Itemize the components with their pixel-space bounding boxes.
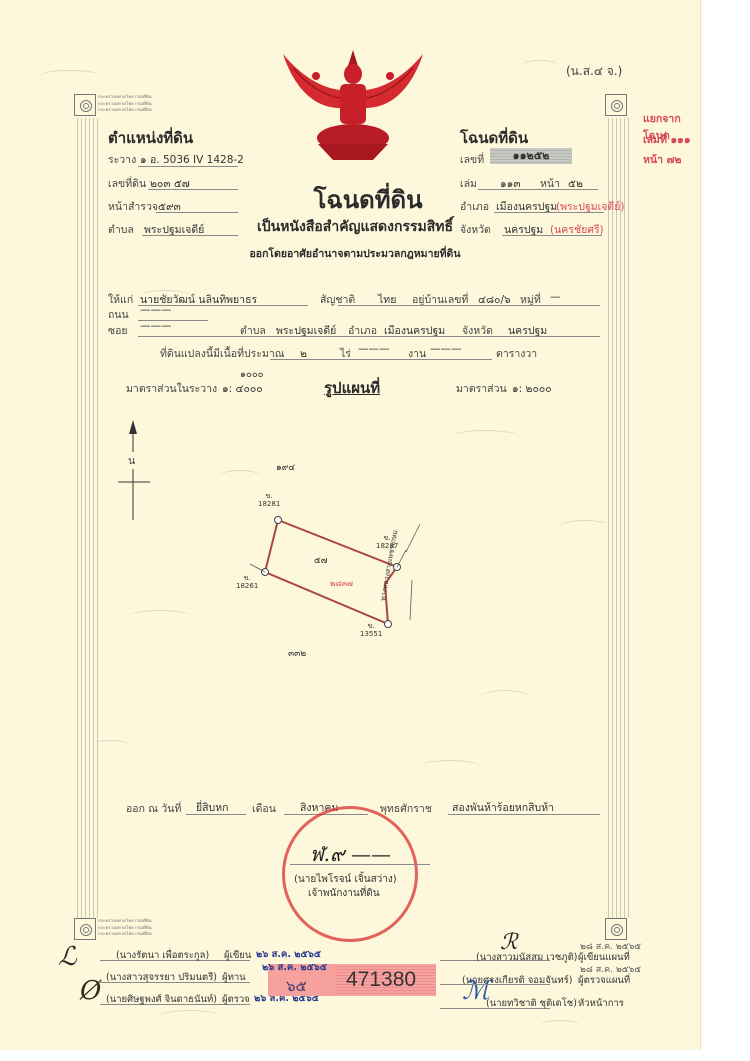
signatory-map-writer-date: ๒๘ ส.ค. ๒๕๖๕ bbox=[580, 939, 641, 953]
serial-number: 471380 bbox=[346, 968, 416, 992]
split-page: หน้า ๗๒ bbox=[643, 151, 681, 168]
corner-ornament-icon bbox=[605, 94, 627, 116]
volume-label: เล่ม bbox=[460, 175, 477, 192]
writer-signature: ℒ bbox=[58, 942, 77, 972]
north-label: น bbox=[128, 452, 135, 469]
signatory-reviewer-date: ๒๖ ส.ค. ๒๕๖๕ bbox=[262, 960, 327, 975]
subdistrict-label: ตำบล bbox=[108, 221, 134, 238]
parcel-no-label: เลขที่ดิน bbox=[108, 175, 146, 192]
checker-signature: Ø bbox=[80, 976, 101, 1006]
parcel-label: ๕๗ bbox=[314, 553, 328, 567]
split-volume: เล่มที่ ๑๑๑ bbox=[643, 131, 691, 148]
land-title-deed: (น.ส.๔ จ.) กระทรวงมหาดไทย กรมที่ดินกระทร… bbox=[0, 0, 700, 1050]
issue-date-label: ออก ณ วันที่ bbox=[126, 800, 181, 817]
corner-ornament-icon bbox=[74, 918, 96, 940]
soi-value: ——— bbox=[140, 320, 172, 332]
issue-month-label: เดือน bbox=[252, 800, 276, 817]
serial-handwritten: ๖๕ bbox=[286, 974, 307, 998]
location-heading: ตำแหน่งที่ดิน bbox=[108, 126, 193, 150]
signatory-head-role: หัวหน้าการ bbox=[578, 996, 624, 1011]
signatory-reviewer-name: (นางสาวสุจรรยา ปริมนตรี) bbox=[106, 970, 217, 985]
signatory-map-checker-date: ๒๘ ส.ค. ๒๕๖๕ bbox=[580, 962, 641, 976]
parcel-sub-label: ๒๘๓๗ bbox=[330, 577, 353, 590]
signatory-writer-role: ผู้เขียน bbox=[224, 948, 251, 963]
security-border-left bbox=[74, 118, 98, 918]
area-label: ที่ดินแปลงนี้มีเนื้อที่ประมาณ bbox=[160, 345, 285, 362]
signatory-writer-name: (นางรัตนา เพื่อตระกูล) bbox=[116, 948, 209, 963]
officer-signature: ฬ.๙ —— bbox=[310, 838, 391, 870]
neighbor-south: ๓๓๒ bbox=[288, 646, 306, 660]
parcel-plan bbox=[230, 500, 430, 640]
form-code: (น.ส.๔ จ.) bbox=[566, 62, 622, 81]
road-label: ถนน bbox=[108, 306, 129, 323]
deed-number-value: ๑๑๒๕๒ bbox=[490, 148, 572, 164]
deed-number-label: เลขที่ bbox=[460, 151, 484, 168]
marker-se: ข.13551 bbox=[360, 622, 382, 638]
deed-heading: โฉนดที่ดิน bbox=[460, 126, 528, 150]
area-ngan: ——— bbox=[358, 343, 390, 355]
moo-value: — bbox=[550, 291, 561, 303]
neighbor-north: ๑๙๔ bbox=[276, 460, 295, 474]
signatory-reviewer-role: ผู้ทาน bbox=[222, 970, 246, 985]
corner-ornament-icon bbox=[74, 94, 96, 116]
area-wa-label: ตารางวา bbox=[496, 345, 537, 362]
signatory-checker-role: ผู้ตรวจ bbox=[222, 992, 250, 1007]
marker-sw: ข.18261 bbox=[236, 574, 258, 590]
officer-title: เจ้าพนักงานที่ดิน bbox=[308, 886, 380, 901]
survey-page-label: หน้าสำรวจ bbox=[108, 198, 158, 215]
area-wa: ——— bbox=[430, 343, 462, 355]
marker-nw: ข.18281 bbox=[258, 492, 280, 508]
map-scale-value: ๑: ๔๐๐๐ bbox=[222, 380, 263, 397]
security-border-right bbox=[605, 118, 629, 918]
province-label: จังหวัด bbox=[460, 221, 491, 238]
map-scale-label: มาตราส่วนในระวาง bbox=[126, 380, 217, 397]
officer-name: (นายไพโรจน์ เจิ้นสว่าง) bbox=[294, 872, 397, 887]
deed-subtitle: เป็นหนังสือสำคัญแสดงกรรมสิทธิ์ bbox=[230, 216, 480, 238]
issued-by-law: ออกโดยอาศัยอำนาจตามประมวลกฎหมายที่ดิน bbox=[200, 245, 510, 262]
signatory-map-writer-name: (นางสาวมนัสสม เวชภูติ) bbox=[476, 950, 577, 965]
deed-title: โฉนดที่ดิน bbox=[268, 180, 468, 219]
signatory-head-name: (นายทวิชาติ ชุติเดโช) bbox=[486, 996, 577, 1011]
scale-value: ๑: ๒๐๐๐ bbox=[512, 380, 552, 397]
corner-ornament-icon bbox=[605, 918, 627, 940]
scale-label: มาตราส่วน bbox=[456, 380, 507, 397]
signatory-checker-name: (นายศิษฐพงศ์ จินดาธนันท์) bbox=[106, 992, 217, 1007]
signatory-map-checker-name: (นายศรงเกียรติ จอมจันทร์) bbox=[462, 973, 572, 988]
map-sheet-label: ระวาง bbox=[108, 151, 136, 168]
garuda-emblem-icon bbox=[278, 48, 428, 166]
soi-label: ซอย bbox=[108, 322, 128, 339]
north-arrow-icon bbox=[118, 420, 152, 520]
district-label: อำเภอ bbox=[460, 198, 489, 215]
road-value: ——— bbox=[140, 304, 172, 316]
issue-year-label: พุทธศักราช bbox=[380, 800, 432, 817]
map-title: รูปแผนที่ bbox=[324, 376, 380, 400]
